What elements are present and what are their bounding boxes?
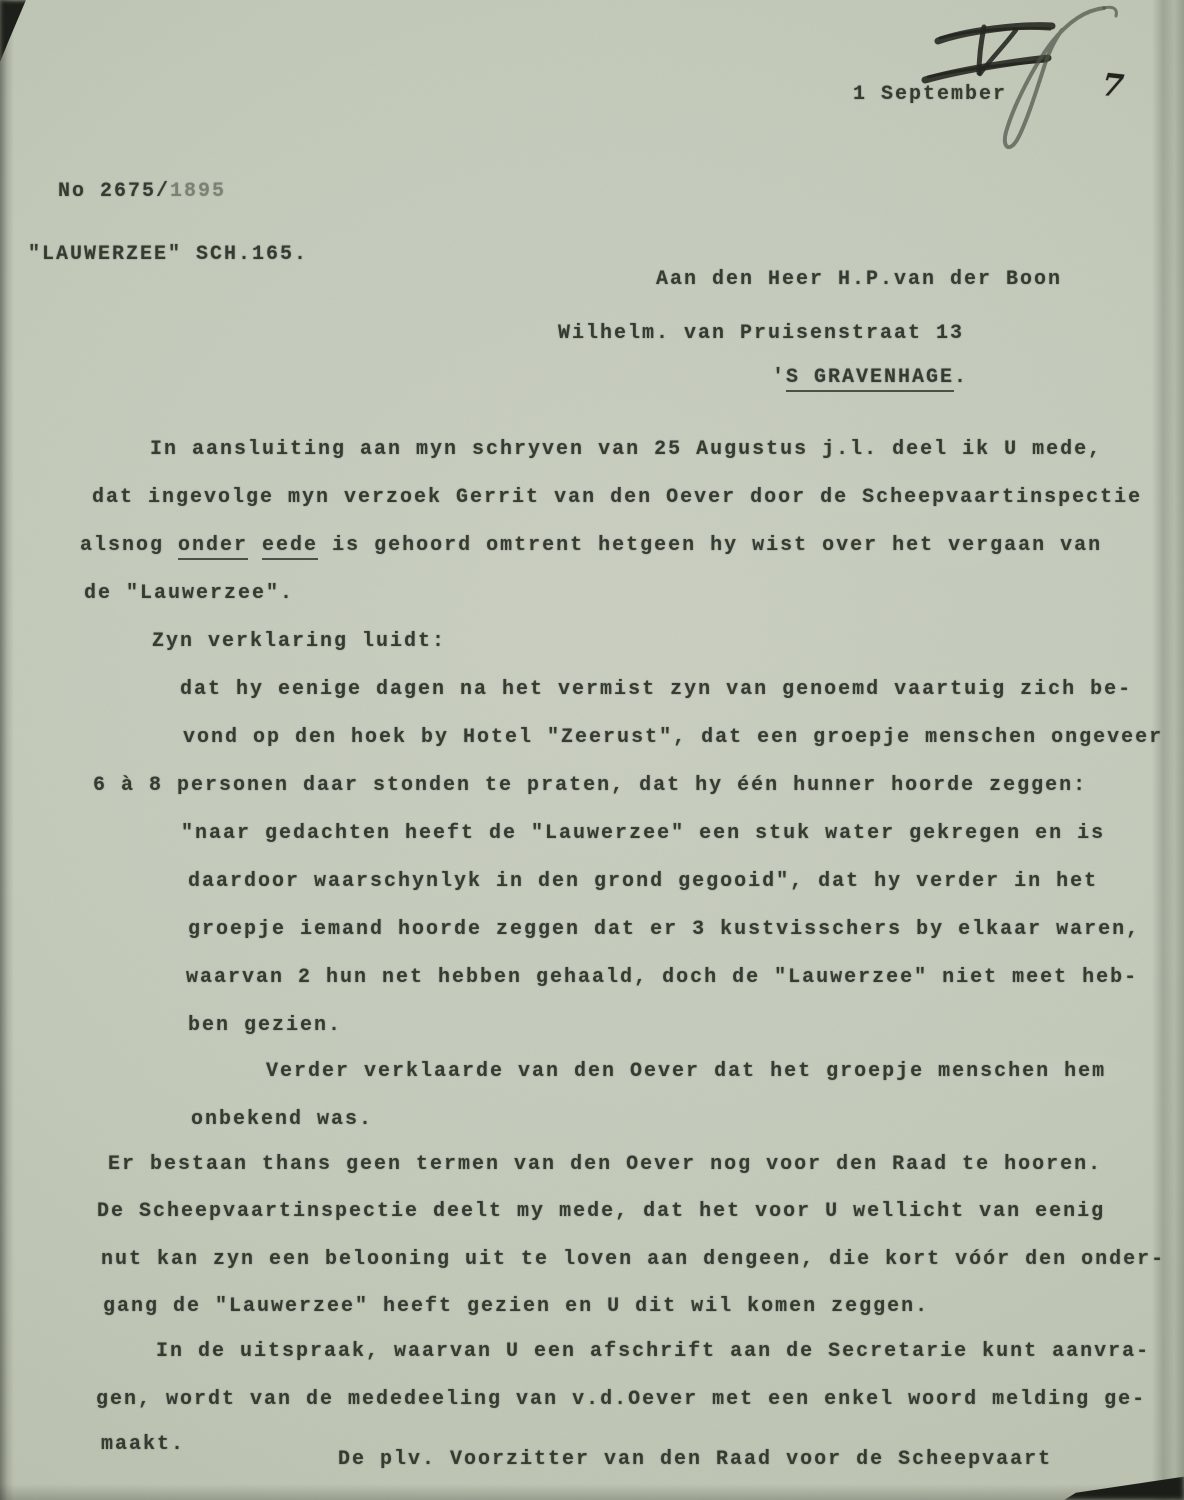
body-line: In aansluiting aan myn schryven van 25 A… xyxy=(150,438,1102,461)
ship-reference-line: "LAUWERZEE" SCH.165. xyxy=(28,243,308,266)
city-apostrophe: ' xyxy=(772,366,786,389)
file-number-line: No 2675/1895 xyxy=(58,180,226,203)
closing-signature-line: De plv. Voorzitter van den Raad voor de … xyxy=(338,1448,1052,1471)
body-line: Zyn verklaring luidt: xyxy=(152,630,446,653)
pencil-flourish-mark xyxy=(1005,7,1117,147)
body-line: De Scheepvaartinspectie deelt my mede, d… xyxy=(97,1200,1105,1223)
oath-word-1: onder xyxy=(178,534,248,560)
scanned-letter-page: 7 1 September No 2675/1895 "LAUWERZEE" S… xyxy=(0,0,1184,1500)
oath-pre: alsnog xyxy=(80,534,178,557)
body-line: In de uitspraak, waarvan U een afschrift… xyxy=(156,1340,1150,1363)
body-line: Verder verklaarde van den Oever dat het … xyxy=(266,1060,1106,1083)
recipient-city-line: 'S GRAVENHAGE. xyxy=(772,366,968,389)
handwritten-page-number: 7 xyxy=(1100,67,1125,105)
body-line: ben gezien. xyxy=(188,1014,342,1037)
oath-word-2: eede xyxy=(262,534,318,560)
scan-edge-bottom xyxy=(0,1484,1184,1500)
paper-grain-overlay xyxy=(0,0,1184,1500)
date-line: 1 September xyxy=(853,83,1007,106)
body-line: maakt. xyxy=(101,1433,185,1456)
body-line: "naar gedachten heeft de "Lauwerzee" een… xyxy=(181,822,1105,845)
paper-fold-edge-right xyxy=(1152,0,1184,1500)
body-line: vond op den hoek by Hotel "Zeerust", dat… xyxy=(183,726,1163,749)
file-number-main: No 2675/ xyxy=(58,180,170,203)
oath-sep xyxy=(248,534,262,557)
scan-edge-left xyxy=(0,0,14,1500)
body-line: onbekend was. xyxy=(191,1108,373,1131)
body-line: 6 à 8 personen daar stonden te praten, d… xyxy=(93,774,1087,797)
recipient-name-line: Aan den Heer H.P.van der Boon xyxy=(656,268,1062,291)
city-underlined: S GRAVENHAGE xyxy=(786,366,954,392)
oath-post: is gehoord omtrent hetgeen hy wist over … xyxy=(318,534,1102,557)
body-line: de "Lauwerzee". xyxy=(84,582,294,605)
body-line: gen, wordt van de mededeeling van v.d.Oe… xyxy=(96,1388,1146,1411)
body-line: Er bestaan thans geen termen van den Oev… xyxy=(108,1153,1102,1176)
recipient-street-line: Wilhelm. van Pruisenstraat 13 xyxy=(558,322,964,345)
body-line: nut kan zyn een belooning uit te loven a… xyxy=(101,1248,1165,1271)
body-line: waarvan 2 hun net hebben gehaald, doch d… xyxy=(186,966,1138,989)
file-number-faded: 1895 xyxy=(170,180,226,203)
body-line: daardoor waarschynlyk in den grond gegoo… xyxy=(188,870,1098,893)
body-line: dat ingevolge myn verzoek Gerrit van den… xyxy=(92,486,1142,509)
body-line: gang de "Lauwerzee" heeft gezien en U di… xyxy=(103,1295,929,1318)
city-period: . xyxy=(954,366,968,389)
body-line: groepje iemand hoorde zeggen dat er 3 ku… xyxy=(188,918,1140,941)
body-line-under-oath: alsnog onder eede is gehoord omtrent het… xyxy=(80,534,1102,557)
body-line: dat hy eenige dagen na het vermist zyn v… xyxy=(180,678,1132,701)
